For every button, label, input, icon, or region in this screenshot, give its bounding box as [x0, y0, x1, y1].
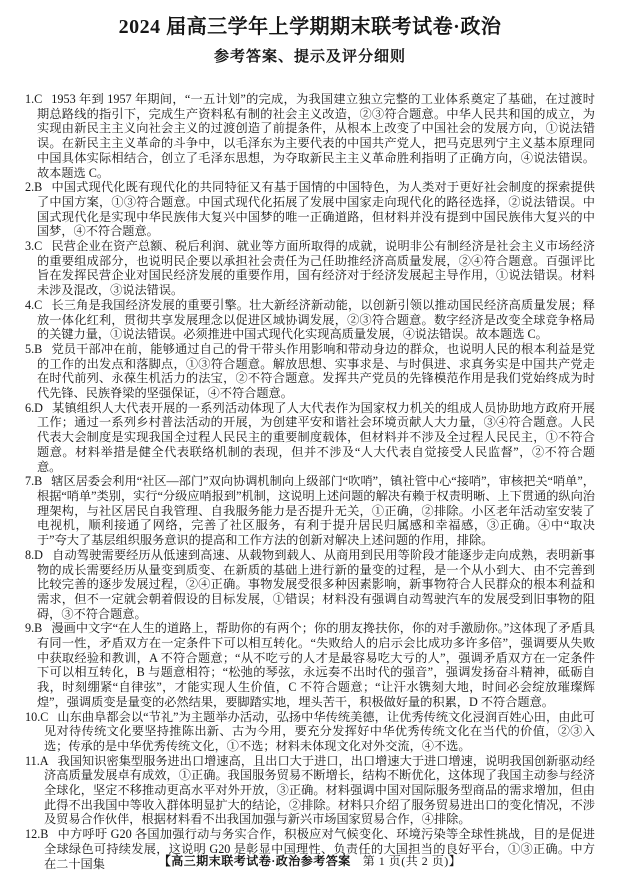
answer-explanation: 中国式现代化既有现代化的共同特征又有基于国情的中国特色，为人类对于更好社会制度的…	[37, 180, 595, 238]
answer-number-label: 9.B	[25, 621, 42, 635]
answer-explanation: 辖区居委会利用“社区—部门”双向协调机制向上级部门“吹哨”，镇社管中心“接哨”，…	[37, 474, 595, 547]
answer-item: 1.C1953 年到 1957 年期间，“一五计划”的完成，为我国建立独立完整的…	[25, 92, 595, 180]
answer-number-label: 11.A	[25, 754, 49, 768]
answer-number-label: 6.D	[25, 401, 43, 415]
answer-item: 7.B辖区居委会利用“社区—部门”双向协调机制向上级部门“吹哨”，镇社管中心“接…	[25, 474, 595, 548]
footer-source-label: 【高三期末联考试卷·政治参考答案	[159, 854, 351, 868]
exam-answer-page: 2024 届高三学年上学期期末联考试卷·政治 参考答案、提示及评分细则 1.C1…	[0, 0, 620, 881]
answer-explanation: 漫画中文字“在人生的道路上，帮助你的有两个；你的朋友搀扶你，你的对手激励你。”这…	[37, 621, 595, 709]
answer-item: 11.A我国知识密集型服务进出口增速高，且出口大于进口，出口增速大于进口增速，说…	[25, 754, 595, 828]
answer-number-label: 3.C	[25, 239, 42, 253]
answer-explanation: 山东曲阜都会以“节礼”为主题举办活动，弘扬中华传统美德，让优秀传统文化浸润百姓心…	[44, 710, 595, 753]
answer-explanation: 民营企业在资产总额、税后利润、就业等方面所取得的成就，说明非公有制经济是社会主义…	[37, 239, 595, 297]
answer-number-label: 8.D	[25, 548, 43, 562]
answer-explanation: 党员干部冲在前，能够通过自己的骨干带头作用影响和带动身边的群众，也说明人民的根本…	[37, 342, 595, 400]
page-subtitle: 参考答案、提示及评分细则	[25, 45, 595, 66]
answer-number-label: 12.B	[25, 827, 48, 841]
page-footer: 【高三期末联考试卷·政治参考答案第 1 页(共 2 页)】	[0, 852, 620, 869]
answer-number-label: 5.B	[25, 342, 42, 356]
answer-number-label: 4.C	[25, 298, 42, 312]
answer-explanation: 自动驾驶需要经历从低速到高速、从载物到载人、从商用到民用等阶段才能逐步走向成熟，…	[37, 548, 595, 621]
answer-item: 5.B党员干部冲在前，能够通过自己的骨干带头作用影响和带动身边的群众，也说明人民…	[25, 342, 595, 401]
answer-item: 10.C山东曲阜都会以“节礼”为主题举办活动，弘扬中华传统美德，让优秀传统文化浸…	[25, 710, 595, 754]
answer-item: 3.C民营企业在资产总额、税后利润、就业等方面所取得的成就，说明非公有制经济是社…	[25, 239, 595, 298]
answer-number-label: 10.C	[25, 710, 48, 724]
answer-number-label: 7.B	[25, 474, 42, 488]
answer-explanation: 某镇组织人大代表开展的一系列活动体现了人大代表作为国家权力机关的组成人员协助地方…	[37, 401, 595, 474]
answer-item: 2.B中国式现代化既有现代化的共同特征又有基于国情的中国特色，为人类对于更好社会…	[25, 180, 595, 239]
answer-explanation: 我国知识密集型服务进出口增速高，且出口大于进口，出口增速大于进口增速，说明我国创…	[44, 754, 595, 827]
answer-item: 6.D某镇组织人大代表开展的一系列活动体现了人大代表作为国家权力机关的组成人员协…	[25, 401, 595, 475]
answer-number-label: 2.B	[25, 180, 42, 194]
answer-explanation: 长三角是我国经济发展的重要引擎。壮大新经济新动能，以创新引领以推动国民经济高质量…	[37, 298, 595, 341]
answer-explanation: 1953 年到 1957 年期间，“一五计划”的完成，为我国建立独立完整的工业体…	[37, 92, 595, 180]
answer-item: 8.D自动驾驶需要经历从低速到高速、从载物到载人、从商用到民用等阶段才能逐步走向…	[25, 548, 595, 622]
answer-item: 9.B漫画中文字“在人生的道路上，帮助你的有两个；你的朋友搀扶你，你的对手激励你…	[25, 621, 595, 709]
page-title: 2024 届高三学年上学期期末联考试卷·政治	[25, 14, 595, 40]
answers-list: 1.C1953 年到 1957 年期间，“一五计划”的完成，为我国建立独立完整的…	[25, 92, 595, 871]
answer-number-label: 1.C	[25, 92, 42, 106]
footer-page-number: 第 1 页(共 2 页)】	[363, 854, 462, 868]
answer-item: 4.C长三角是我国经济发展的重要引擎。壮大新经济新动能，以创新引领以推动国民经济…	[25, 298, 595, 342]
